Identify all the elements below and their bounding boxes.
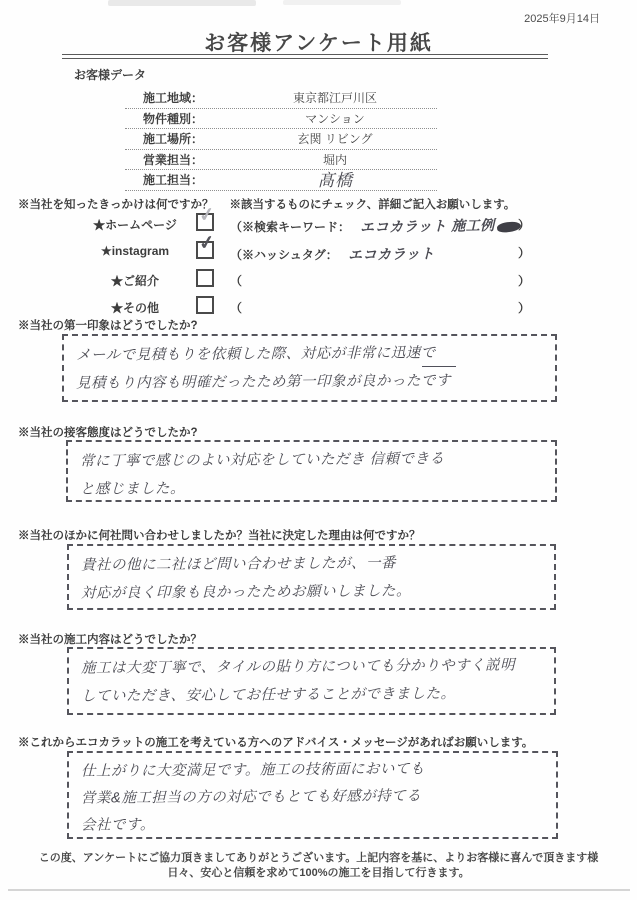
- handwritten-answer-line: 施工は大変丁寧で、タイルの貼り方についても分かりやすく説明: [81, 651, 542, 682]
- scan-artifact: [108, 0, 256, 6]
- source-question: ※当社を知ったきっかけは何ですか？: [18, 196, 214, 212]
- handwritten-hashtag: エコカラット: [348, 243, 435, 265]
- handwritten-answer-line: 仕上がりに大変満足です。施工の技術面においても: [81, 755, 544, 785]
- question-heading-advice-message: ※これからエコカラットの施工を考えている方へのアドバイス・メッセージがあればお願…: [18, 734, 533, 750]
- footer-line: この度、アンケートにご協力頂きましてありがとうございます。上記内容を基に、よりお…: [0, 851, 637, 866]
- detail-label: （: [230, 301, 242, 315]
- field-value: 東京都江戸川区: [233, 89, 437, 106]
- field-value: マンション: [233, 110, 437, 127]
- handwritten-answer-line: 見積もり内容も明確だったため第一印象が良かったです: [76, 366, 543, 397]
- scan-artifact: [283, 0, 401, 5]
- footer-line: 日々、安心と信頼を求めて100%の施工を目指して行きます。: [0, 866, 637, 881]
- field-label: 物件種別：: [125, 110, 233, 127]
- emphasis-underline: [422, 366, 456, 367]
- footer-thanks-message: この度、アンケートにご協力頂きましてありがとうございます。上記内容を基に、よりお…: [0, 851, 637, 881]
- page-title: お客様アンケート用紙: [0, 27, 637, 57]
- checkbox-referral: ✓: [196, 269, 214, 287]
- table-row-installer: 施工担当： 髙橋: [125, 170, 437, 191]
- document-date: 2025年9月14日: [470, 10, 600, 26]
- checkbox-instagram: ✓: [196, 241, 214, 259]
- close-paren: ）: [518, 299, 530, 316]
- handwritten-answer-line: 常に丁寧で感じのよい対応をしていただき 信頼できる: [80, 444, 543, 475]
- handwritten-answer-line: 営業&施工担当の方の対応でもとても好感が持てる: [81, 782, 544, 812]
- question-heading-construction-quality: ※当社の施工内容はどうでしたか？: [18, 631, 202, 647]
- option-label: ★ご紹介: [55, 272, 215, 289]
- handwritten-answer-line: していただき、安心してお任せすることができました。: [81, 679, 542, 710]
- checkbox-homepage: ✓: [196, 213, 214, 231]
- answer-box-service-attitude: 常に丁寧で感じのよい対応をしていただき 信頼できる と感じました。: [66, 440, 557, 502]
- answer-box-decision-reason: 貴社の他に二社ほど問い合わせましたが、一番 対応が良く印象も良かったためお願いし…: [67, 544, 556, 610]
- check-mark-icon: ✓: [198, 233, 216, 254]
- checkbox-other: ✓: [196, 296, 214, 314]
- answer-box-construction-quality: 施工は大変丁寧で、タイルの貼り方についても分かりやすく説明 していただき、安心し…: [67, 647, 556, 715]
- table-row-property-type: 物件種別： マンション: [125, 109, 437, 130]
- close-paren: ）: [518, 244, 530, 261]
- close-paren: ）: [518, 216, 530, 233]
- customer-data-table: 施工地域： 東京都江戸川区 物件種別： マンション 施工場所： 玄関 リビング …: [125, 88, 437, 191]
- source-instruction: ※該当するものにチェック、詳細ご記入お願いします。: [230, 196, 516, 212]
- handwritten-answer-line: メールで見積もりを依頼した際、対応が非常に迅速で: [76, 338, 543, 369]
- field-value: 玄関 リビング: [233, 130, 437, 147]
- answer-box-first-impression: メールで見積もりを依頼した際、対応が非常に迅速で 見積もり内容も明確だったため第…: [62, 334, 557, 402]
- table-row-region: 施工地域： 東京都江戸川区: [125, 88, 437, 109]
- question-heading-first-impression: ※当社の第一印象はどうでしたか?: [18, 317, 198, 333]
- option-row-instagram: ★instagram ✓ （※ハッシュタグ：エコカラット ）: [0, 241, 637, 265]
- option-label: ★ホームページ: [55, 216, 215, 233]
- option-label: ★その他: [55, 299, 215, 316]
- check-mark-icon: ✓: [198, 205, 216, 226]
- option-detail: （: [230, 299, 242, 316]
- option-detail: （※検索キーワード：エコカラット 施工例: [230, 216, 521, 236]
- field-label: 施工地域：: [125, 89, 233, 106]
- customer-data-heading: お客様データ: [74, 66, 146, 83]
- handwritten-keyword: エコカラット 施工例: [360, 215, 495, 237]
- detail-label: （※ハッシュタグ：: [230, 248, 338, 262]
- question-heading-service-attitude: ※当社の接客態度はどうでしたか?: [18, 424, 198, 440]
- option-row-referral: ★ご紹介 ✓ （ ）: [0, 269, 637, 293]
- option-row-homepage: ★ホームページ ✓ （※検索キーワード：エコカラット 施工例 ）: [0, 213, 637, 237]
- field-label: 施工担当：: [125, 171, 233, 188]
- table-row-location: 施工場所： 玄関 リビング: [125, 129, 437, 150]
- handwritten-signature: 髙橋: [233, 166, 437, 191]
- field-value: 堀内: [233, 151, 437, 168]
- question-heading-decision-reason: ※当社のほかに何社問い合わせしましたか？当社に決定した理由は何ですか？: [18, 527, 421, 543]
- survey-sheet: 2025年9月14日 お客様アンケート用紙 お客様データ 施工地域： 東京都江戸…: [0, 0, 637, 900]
- source-question-heading: ※当社を知ったきっかけは何ですか？ ※該当するものにチェック、詳細ご記入お願いし…: [18, 196, 515, 212]
- option-detail: （※ハッシュタグ：エコカラット: [230, 244, 435, 264]
- detail-label: （: [230, 274, 242, 288]
- handwritten-answer-line: 会社です。: [81, 809, 544, 839]
- option-detail: （: [230, 272, 242, 289]
- handwritten-answer-line: 貴社の他に二社ほど問い合わせましたが、一番: [81, 548, 542, 579]
- title-double-underline: [62, 54, 548, 59]
- bottom-divider: [8, 889, 630, 891]
- option-label: ★instagram: [55, 244, 215, 258]
- handwritten-answer-line: 対応が良く印象も良かったためお願いしました。: [81, 576, 542, 607]
- field-label: 営業担当：: [125, 151, 233, 168]
- close-paren: ）: [518, 272, 530, 289]
- handwritten-answer-line: と感じました。: [80, 472, 543, 503]
- field-label: 施工場所：: [125, 130, 233, 147]
- answer-box-advice-message: 仕上がりに大変満足です。施工の技術面においても 営業&施工担当の方の対応でもとて…: [67, 751, 558, 839]
- detail-label: （※検索キーワード：: [230, 220, 350, 234]
